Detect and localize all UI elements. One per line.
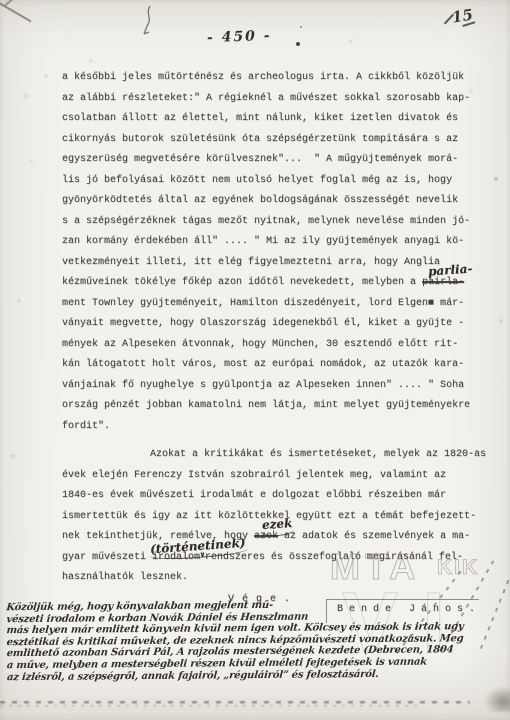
typed-line: a későbbi jeles műtörténész és archeolog… xyxy=(62,68,478,89)
handwritten-correction: parlia- xyxy=(427,258,473,282)
handwritten-correction: ezek xyxy=(259,513,295,537)
typed-line: zan kormány érdekében áll" .... " Mi az … xyxy=(62,232,478,253)
typed-line-inserted: gyar művészeti irodalom∨(történetinek)re… xyxy=(62,548,478,569)
typed-line: az alábbi részleteket:" A régieknél a mű… xyxy=(62,89,478,110)
paragraph-1: a későbbi jeles műtörténész és archeolog… xyxy=(62,68,478,273)
typed-line: ment Townley gyüjteményeit, Hamilton dis… xyxy=(62,294,478,315)
typed-line: vánjainak fő nyughelye s gyülpontja az A… xyxy=(62,376,478,397)
typed-line: lis jó befolyásai között nem utolsó hely… xyxy=(62,171,478,192)
scanned-document-page: 15 - 450 - MTA KIK VI a későbbi jeles mű… xyxy=(0,0,510,720)
typed-line: cikornyás butorok születésünk óta szépsé… xyxy=(62,130,478,151)
typed-line-corrected: nek tekinthetjük, remélve, hogy azokezek… xyxy=(62,527,478,548)
typed-line: gyönyörködtetés által az egyének boldogs… xyxy=(62,191,478,212)
typed-body: a későbbi jeles műtörténész és archeolog… xyxy=(62,68,478,610)
paragraph-1-cont: ment Townley gyüjteményeit, Hamilton dis… xyxy=(62,294,478,438)
paragraph-2-end: használhatók lesznek. xyxy=(62,568,478,589)
pencil-scribble xyxy=(136,4,162,38)
typed-line-corrected: kézműveinek tökélye főkép azon időtől ne… xyxy=(62,273,478,294)
ink-dot xyxy=(300,26,302,28)
typed-line: mények az Alpeseken átvonnak, hogy Münch… xyxy=(62,335,478,356)
typed-line: vetkezményeit illeti, itt elég figyelmez… xyxy=(62,253,478,274)
handwritten-page-number: 15 xyxy=(451,5,474,26)
typed-segment: rendszeres és összefoglaló megirásánál f… xyxy=(205,552,463,563)
insert-wrapper: ∨(történetinek) xyxy=(200,548,205,569)
correction-wrapper: azokezek xyxy=(254,527,278,548)
typed-line: ványait megvette, hogy Olaszország idege… xyxy=(62,314,478,335)
scanner-artifact-band xyxy=(0,700,470,709)
typed-line: fordit". xyxy=(62,417,478,438)
typed-line: évek elején Ferenczy István szobrairól j… xyxy=(62,466,478,487)
typed-segment: az adatok és szemelvények a ma- xyxy=(278,531,470,542)
author-signature: B e n d e J á n o s . xyxy=(326,599,479,623)
typed-line: csolatban állott az élettel, mint nálunk… xyxy=(62,109,478,130)
scanner-smudge xyxy=(484,686,510,712)
typed-page-number: - 450 - xyxy=(207,28,272,46)
typed-line: s a szépségérzéknek tágas mezőt nyitnak,… xyxy=(62,212,478,233)
typed-line: 1840-es évek művészeti irodalmát e dolgo… xyxy=(62,486,478,507)
typed-line: egyszerüség megvetésére körülvesznek"...… xyxy=(62,150,478,171)
ink-dot xyxy=(296,42,300,46)
typed-line: kán látogatott holt város, most az európ… xyxy=(62,355,478,376)
corner-pencil-mark xyxy=(5,0,26,6)
paragraph-2: Azokat a kritikákat és ismertetéseket, m… xyxy=(62,445,478,589)
correction-wrapper: pairla-parlia- xyxy=(422,273,464,294)
typed-line: ország pénzét jobban kamatolni nem látja… xyxy=(62,396,478,417)
typed-line: használhatók lesznek. xyxy=(62,568,478,589)
typed-line: Azokat a kritikákat és ismertetéseket, m… xyxy=(62,445,478,466)
typed-segment: kézműveinek tökélye főkép azon időtől ne… xyxy=(62,277,422,288)
